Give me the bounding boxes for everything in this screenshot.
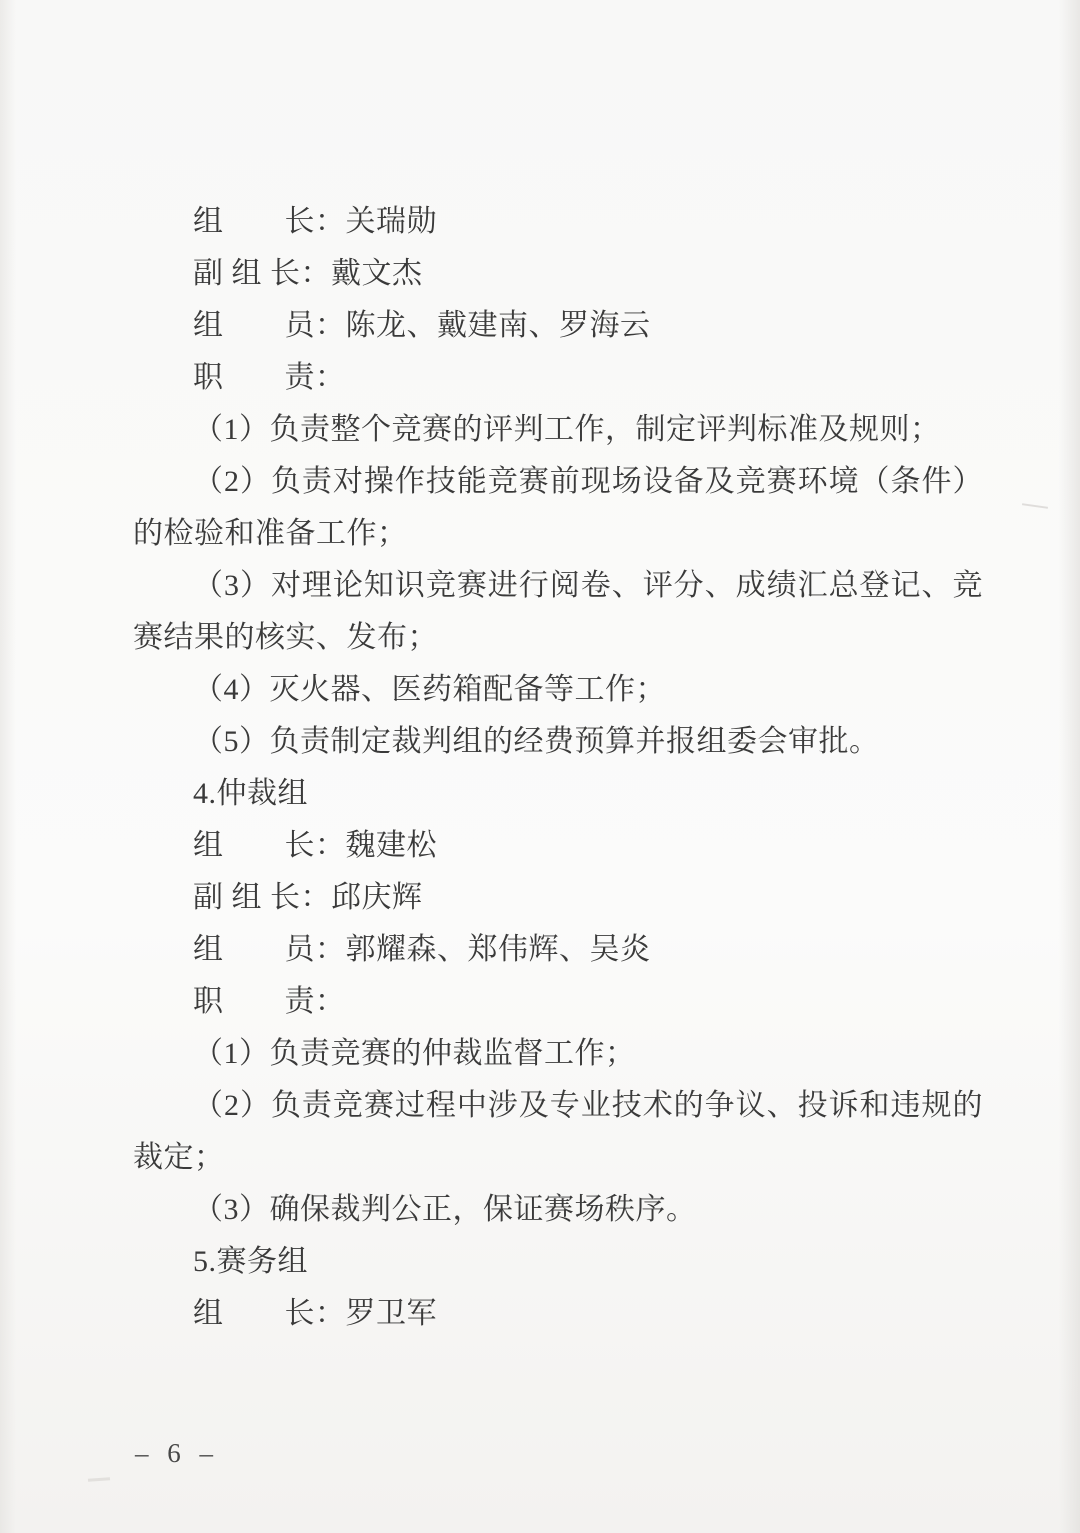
judging-duty-item-1: （1）负责整个竞赛的评判工作，制定评判标准及规则； [133, 404, 983, 456]
document-page: 组 长：关瑞勋 副 组 长：戴文杰 组 员：陈龙、戴建南、罗海云 职 责： （1… [0, 0, 1080, 1533]
arbitration-duty-item-3: （3）确保裁判公正，保证赛场秩序。 [133, 1184, 983, 1236]
arbitration-group-duties-heading: 职 责： [133, 976, 983, 1028]
arbitration-group-members-line: 组 员：郭耀森、郑伟辉、吴炎 [133, 924, 983, 976]
arbitration-group-leader-line: 组 长：魏建松 [133, 820, 983, 872]
arbitration-group-heading: 4.仲裁组 [133, 768, 983, 820]
scan-artifact-smudge [88, 1477, 110, 1482]
document-body: 组 长：关瑞勋 副 组 长：戴文杰 组 员：陈龙、戴建南、罗海云 职 责： （1… [133, 196, 983, 1340]
judging-group-members-line: 组 员：陈龙、戴建南、罗海云 [133, 300, 983, 352]
judging-group-leader-line: 组 长：关瑞勋 [133, 196, 983, 248]
logistics-group-heading: 5.赛务组 [133, 1236, 983, 1288]
page-number: – 6 – [135, 1438, 219, 1469]
scan-artifact-mark [1022, 503, 1048, 509]
judging-duty-item-5: （5）负责制定裁判组的经费预算并报组委会审批。 [133, 716, 983, 768]
logistics-group-leader-line: 组 长：罗卫军 [133, 1288, 983, 1340]
judging-group-duties-heading: 职 责： [133, 352, 983, 404]
arbitration-group-deputy-line: 副 组 长：邱庆辉 [133, 872, 983, 924]
judging-duty-item-3: （3）对理论知识竞赛进行阅卷、评分、成绩汇总登记、竞赛结果的核实、发布； [133, 560, 983, 664]
judging-duty-item-2: （2）负责对操作技能竞赛前现场设备及竞赛环境（条件）的检验和准备工作； [133, 456, 983, 560]
judging-duty-item-4: （4）灭火器、医药箱配备等工作； [133, 664, 983, 716]
judging-group-deputy-line: 副 组 长：戴文杰 [133, 248, 983, 300]
arbitration-duty-item-2: （2）负责竞赛过程中涉及专业技术的争议、投诉和违规的裁定； [133, 1080, 983, 1184]
arbitration-duty-item-1: （1）负责竞赛的仲裁监督工作； [133, 1028, 983, 1080]
